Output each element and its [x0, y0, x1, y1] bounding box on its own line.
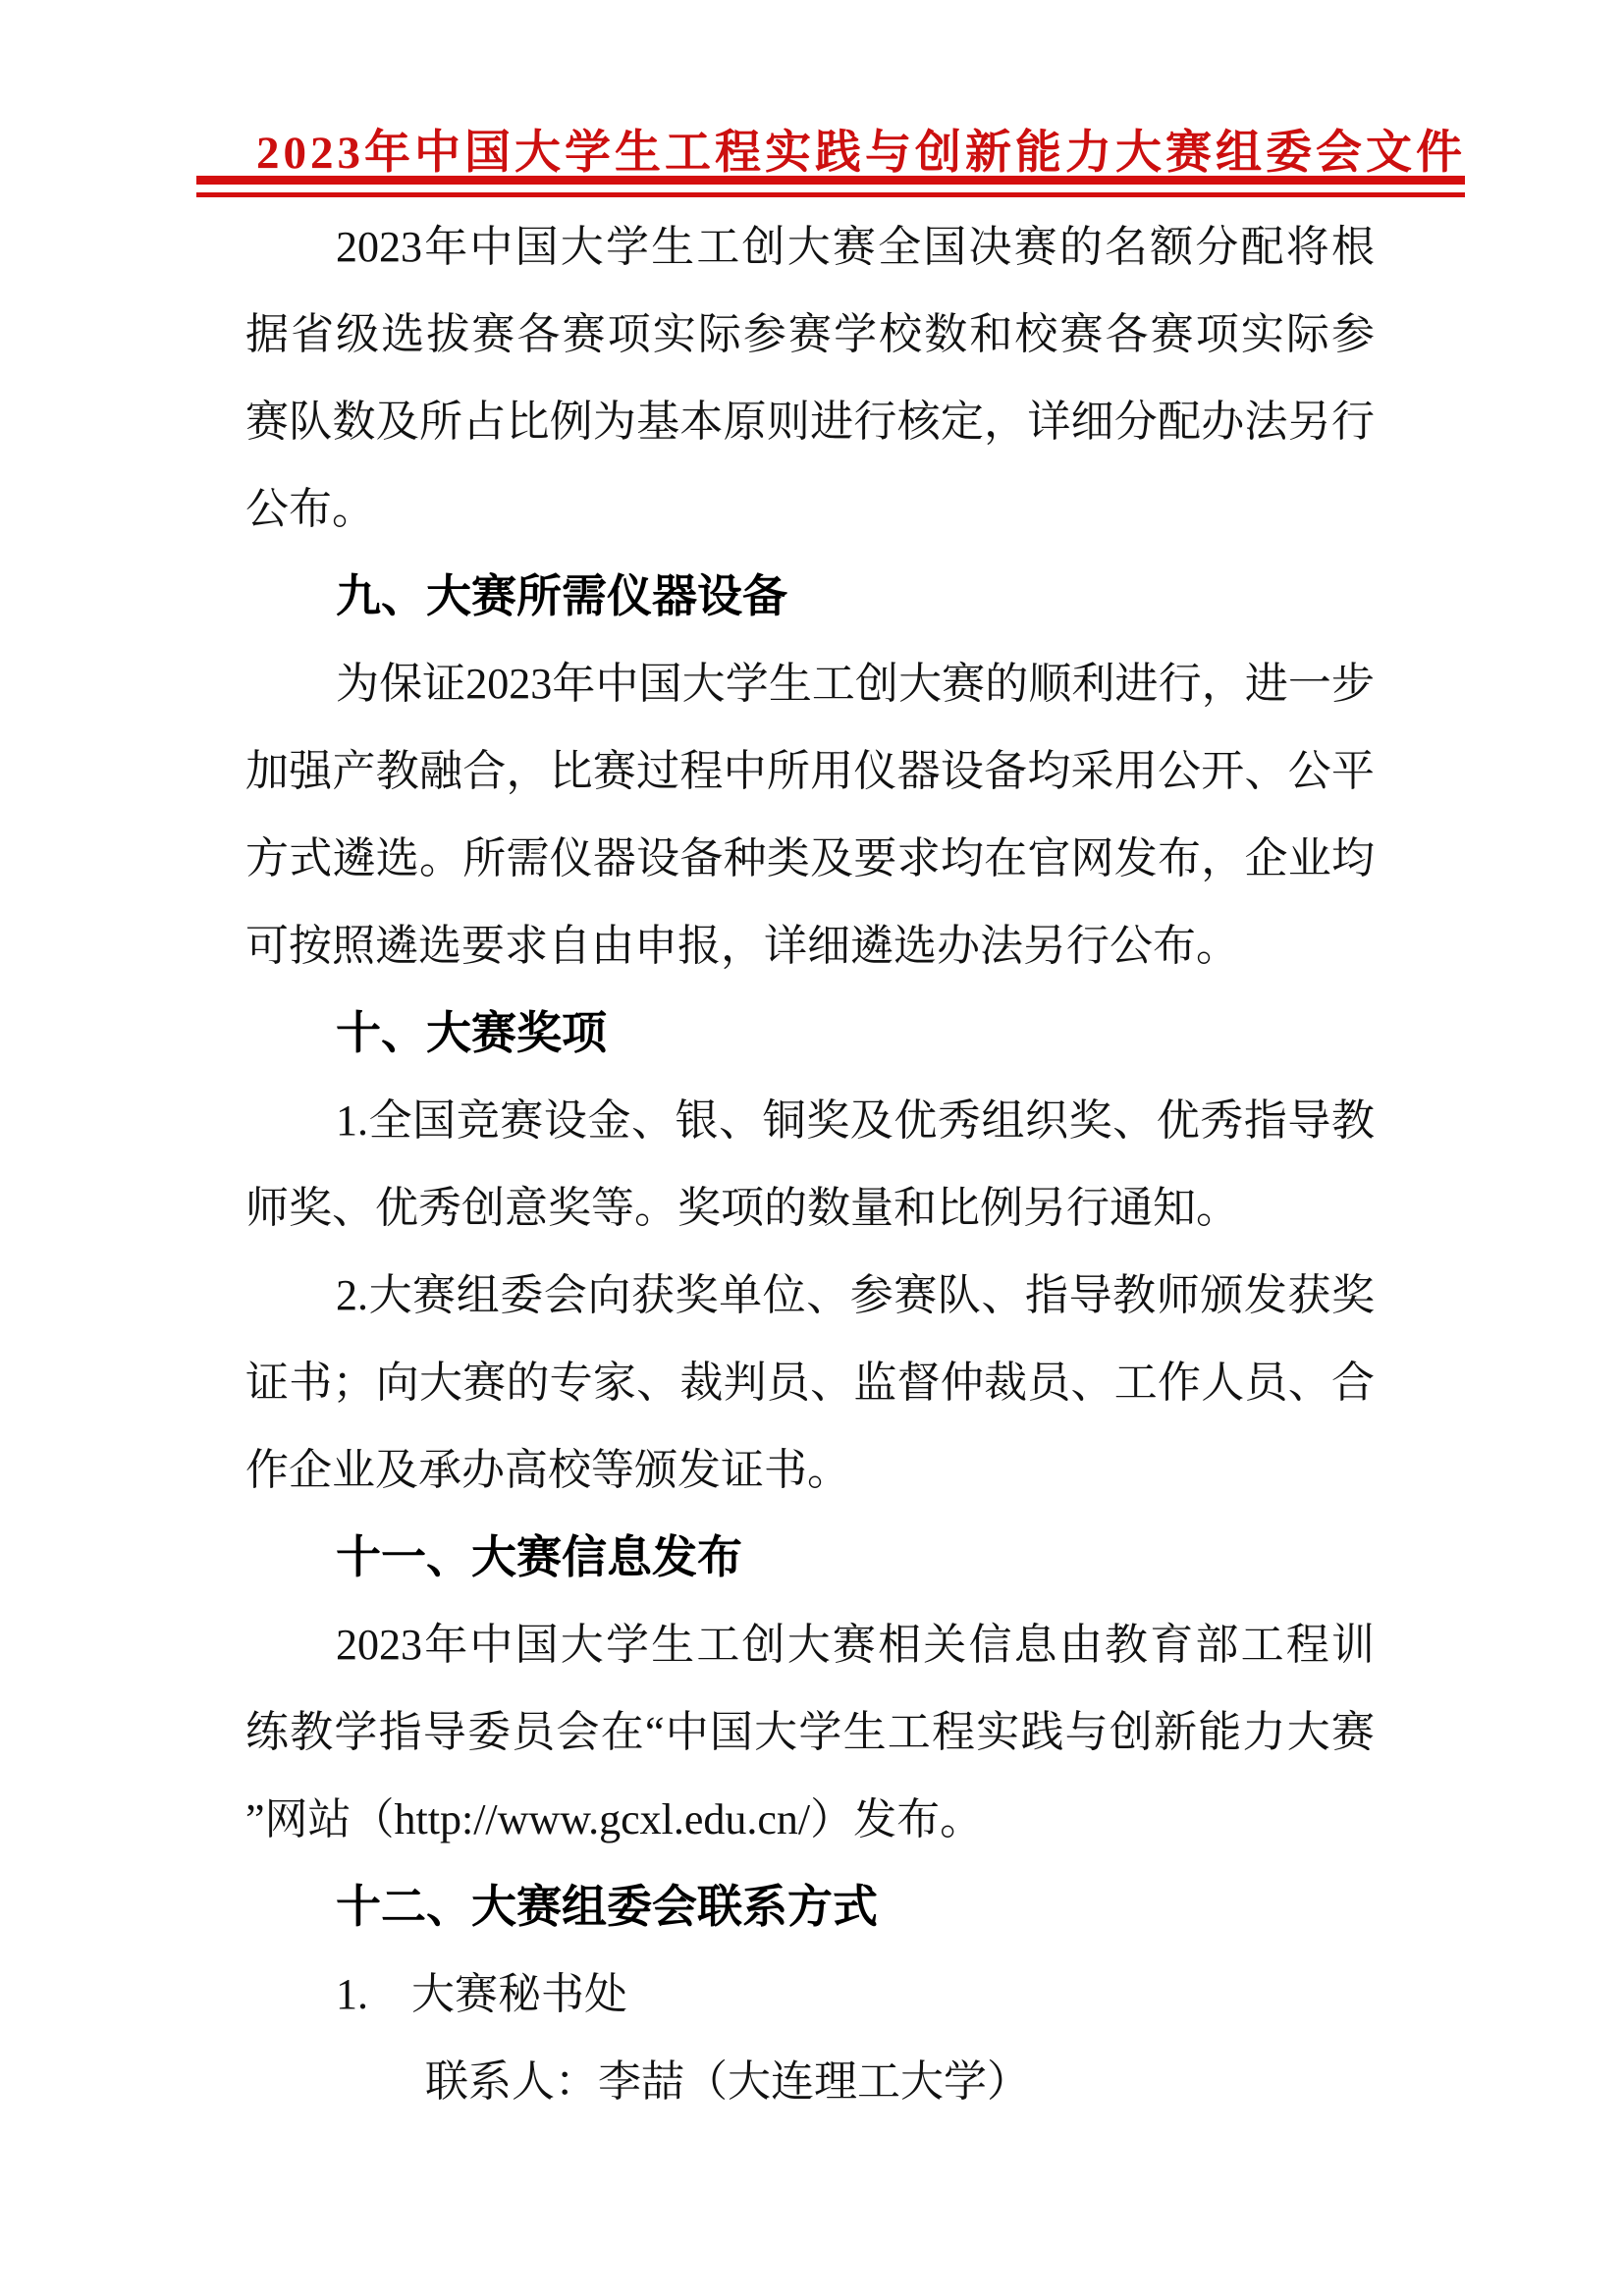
header-rule-thick	[196, 176, 1465, 185]
header-rule-thin	[196, 192, 1465, 197]
document-line: 师奖、优秀创意奖等。奖项的数量和比例另行通知。	[245, 1164, 1375, 1252]
section-heading: 十一、大赛信息发布	[245, 1514, 1375, 1601]
section-heading: 十二、大赛组委会联系方式	[245, 1863, 1375, 1950]
document-line: 2023年中国大学生工创大赛相关信息由教育部工程训	[245, 1601, 1375, 1688]
document-line: 可按照遴选要求自由申报，详细遴选办法另行公布。	[245, 902, 1375, 989]
document-line: 1.全国竞赛设金、银、铜奖及优秀组织奖、优秀指导教	[245, 1077, 1375, 1164]
document-body: 2023年中国大学生工创大赛全国决赛的名额分配将根据省级选拔赛各赛项实际参赛学校…	[245, 203, 1375, 2125]
document-line: 2.大赛组委会向获奖单位、参赛队、指导教师颁发获奖	[245, 1252, 1375, 1339]
document-line: 练教学指导委员会在“中国大学生工程实践与创新能力大赛	[245, 1688, 1375, 1776]
document-line: 证书；向大赛的专家、裁判员、监督仲裁员、工作人员、合	[245, 1339, 1375, 1426]
section-heading: 九、大赛所需仪器设备	[245, 553, 1375, 640]
document-line: 方式遴选。所需仪器设备种类及要求均在官网发布，企业均	[245, 815, 1375, 902]
document-page: 2023年中国大学生工程实践与创新能力大赛组委会文件 2023年中国大学生工创大…	[0, 0, 1624, 2296]
document-header-title: 2023年中国大学生工程实践与创新能力大赛组委会文件	[0, 116, 1624, 182]
document-line: ”网站（http://www.gcxl.edu.cn/）发布。	[245, 1776, 1375, 1863]
document-line: 为保证2023年中国大学生工创大赛的顺利进行，进一步	[245, 640, 1375, 727]
document-line: 1. 大赛秘书处	[245, 1950, 1375, 2038]
document-line: 赛队数及所占比例为基本原则进行核定，详细分配办法另行	[245, 378, 1375, 465]
document-line: 据省级选拔赛各赛项实际参赛学校数和校赛各赛项实际参	[245, 291, 1375, 378]
document-line: 公布。	[245, 465, 1375, 553]
document-line: 2023年中国大学生工创大赛全国决赛的名额分配将根	[245, 203, 1375, 291]
document-line: 作企业及承办高校等颁发证书。	[245, 1426, 1375, 1514]
document-line: 加强产教融合，比赛过程中所用仪器设备均采用公开、公平	[245, 727, 1375, 815]
section-heading: 十、大赛奖项	[245, 989, 1375, 1077]
document-line: 联系人：李喆（大连理工大学）	[245, 2038, 1375, 2125]
